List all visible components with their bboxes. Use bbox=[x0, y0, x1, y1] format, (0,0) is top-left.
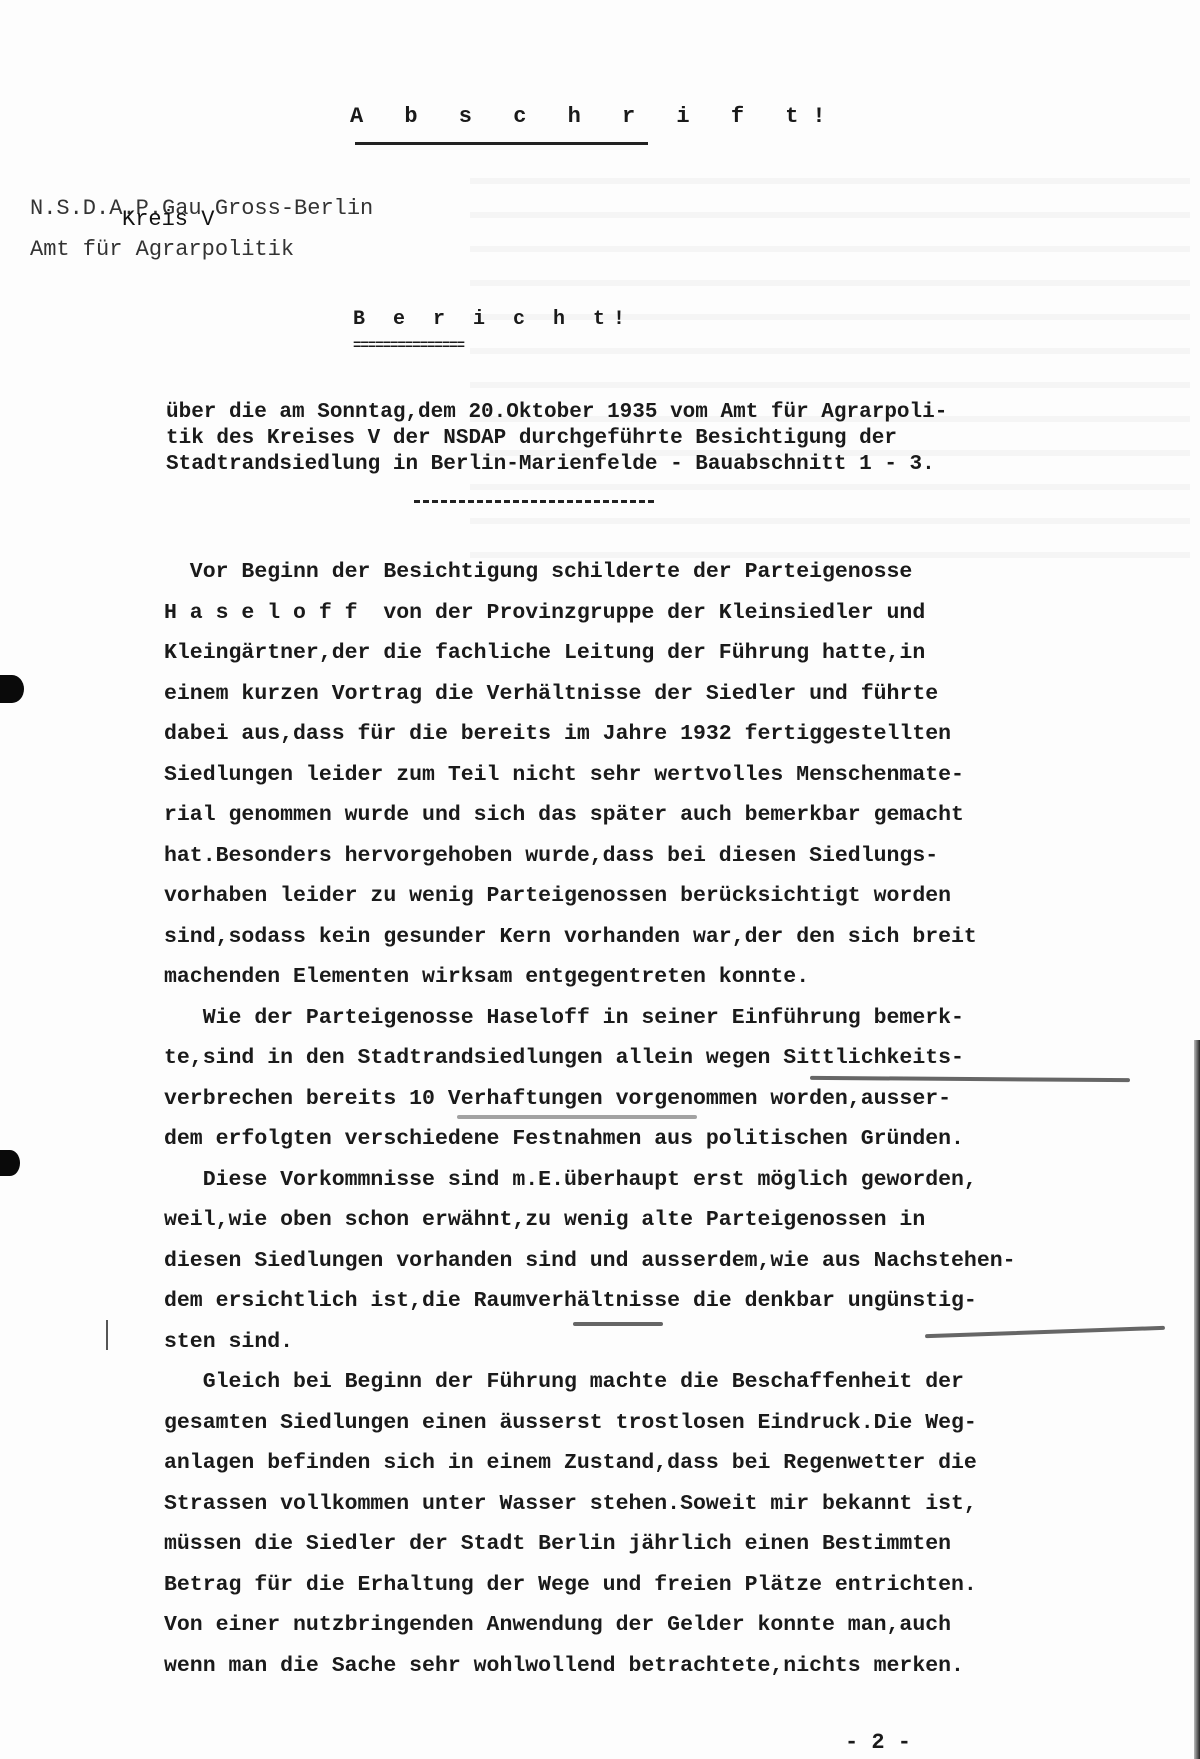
report-subject: über die am Sonntag,dem 20.Oktober 1935 … bbox=[166, 400, 1146, 478]
report-heading: B e r i c h t! bbox=[353, 308, 633, 331]
report-body: Vor Beginn der Besichtigung schilderte d… bbox=[164, 552, 1174, 1686]
page-edge-shadow bbox=[1194, 1040, 1200, 1759]
document-title: A b s c h r i f t! bbox=[350, 104, 840, 129]
punch-hole-mark bbox=[0, 675, 24, 703]
margin-mark bbox=[106, 1320, 108, 1350]
letterhead-line-2: Amt für Agrarpolitik bbox=[30, 237, 294, 262]
letterhead-overprint: Kreis V bbox=[122, 207, 214, 232]
page-number: - 2 - bbox=[845, 1730, 911, 1755]
report-heading-rule: =============== bbox=[353, 338, 464, 354]
document-page: A b s c h r i f t! N.S.D.A.P.Gau Gross-B… bbox=[0, 0, 1200, 1759]
pen-underline bbox=[573, 1322, 663, 1326]
subject-divider bbox=[414, 500, 654, 507]
title-underline bbox=[355, 142, 648, 145]
pen-underline bbox=[457, 1115, 697, 1119]
bleed-through-text bbox=[470, 150, 1190, 570]
punch-hole-mark bbox=[0, 1150, 20, 1176]
